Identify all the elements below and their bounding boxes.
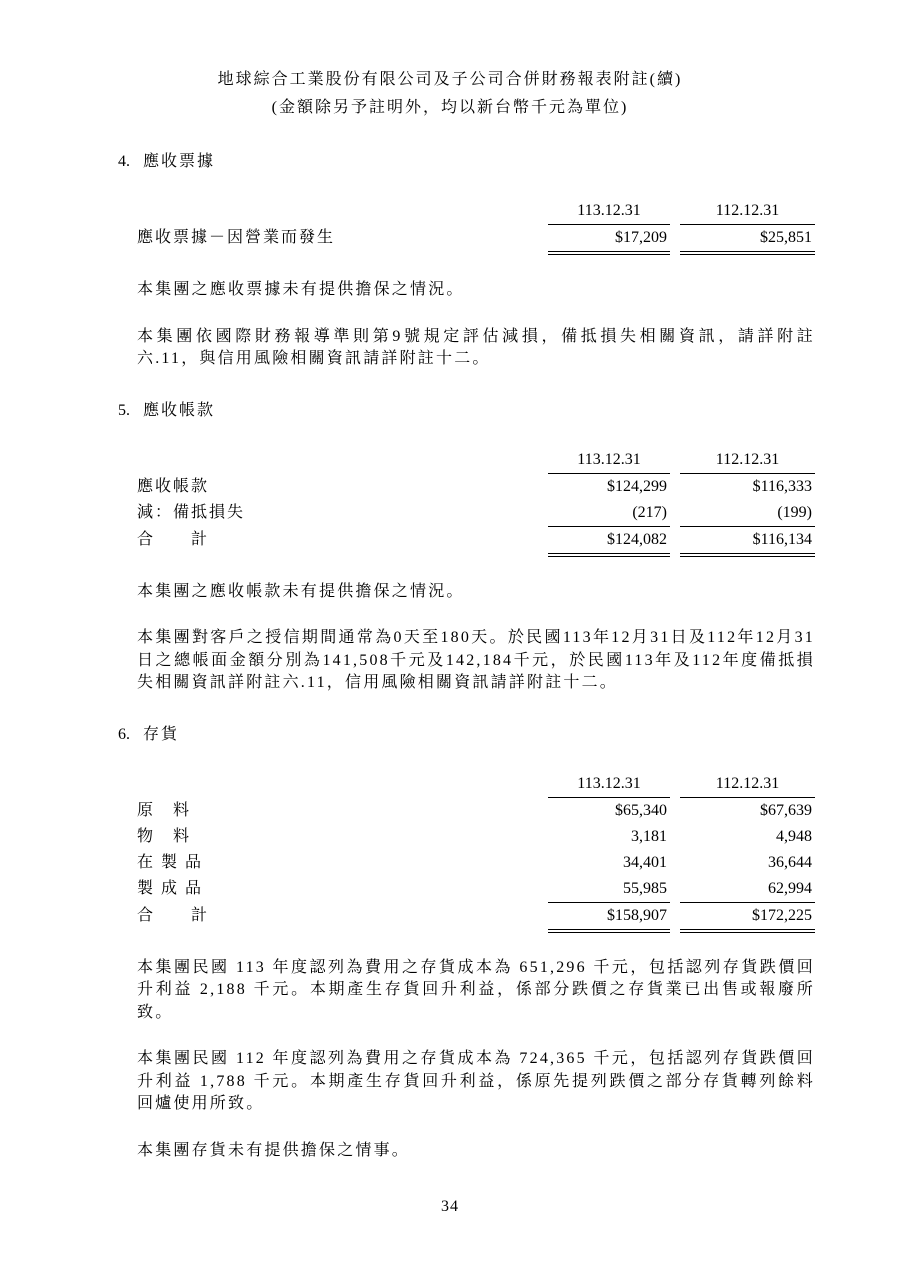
- column-header-112: 112.12.31: [680, 771, 815, 798]
- section-title: 存貨: [143, 726, 179, 743]
- table-row-label: 應收票據－因營業而發生: [137, 225, 548, 251]
- table-value: $67,639: [680, 798, 815, 824]
- document-header: 地球綜合工業股份有限公司及子公司合併財務報表附註(續) (金額除另予註明外，均以…: [0, 66, 900, 122]
- column-header-112: 112.12.31: [680, 198, 815, 225]
- table-row-label: 應收帳款: [137, 474, 548, 500]
- section-title: 應收帳款: [143, 402, 215, 419]
- table-value: $116,333: [680, 474, 815, 500]
- table-value: 4,948: [680, 824, 815, 850]
- paragraph: 本集團存貨未有提供擔保之情事。: [137, 1140, 815, 1163]
- table-row-label: 合 計: [137, 527, 548, 553]
- table-value: (217): [548, 500, 670, 527]
- section-number: 4.: [118, 150, 134, 174]
- section-number: 6.: [118, 723, 134, 747]
- section-heading: 4.應收票據: [118, 150, 815, 174]
- table-value: $124,299: [548, 474, 670, 500]
- document-subtitle: (金額除另予註明外，均以新台幣千元為單位): [0, 94, 900, 122]
- table-corner-blank: [137, 447, 548, 473]
- table-value: (199): [680, 500, 815, 527]
- table-row-label: 原 料: [137, 798, 548, 824]
- table-row-label: 製 成 品: [137, 876, 548, 902]
- notes-receivable-table: 113.12.31 112.12.31 應收票據－因營業而發生 $17,209 …: [137, 198, 815, 255]
- page-number: 34: [0, 1198, 900, 1216]
- table-value: 55,985: [548, 876, 670, 903]
- table-value: $124,082: [548, 527, 670, 557]
- paragraph: 本集團民國 112 年度認列為費用之存貨成本為 724,365 千元，包括認列存…: [137, 1048, 815, 1116]
- paragraph: 本集團之應收帳款未有提供擔保之情況。: [137, 581, 815, 604]
- table-value: $17,209: [548, 225, 670, 255]
- document-page: 地球綜合工業股份有限公司及子公司合併財務報表附註(續) (金額除另予註明外，均以…: [0, 0, 900, 1273]
- table-row-label: 合 計: [137, 903, 548, 929]
- paragraph: 本集團對客戶之授信期間通常為0天至180天。於民國113年12月31日及112年…: [137, 627, 815, 695]
- paragraph: 本集團民國 113 年度認列為費用之存貨成本為 651,296 千元，包括認列存…: [137, 957, 815, 1025]
- table-value: 62,994: [680, 876, 815, 903]
- section-notes-receivable: 4.應收票據 113.12.31 112.12.31 應收票據－因營業而發生 $…: [118, 150, 815, 371]
- table-value: 36,644: [680, 850, 815, 876]
- table-row-label: 物 料: [137, 824, 548, 850]
- inventory-table: 113.12.31 112.12.31 原 料 $65,340 $67,639 …: [137, 771, 815, 933]
- column-header-113: 113.12.31: [548, 771, 670, 798]
- column-header-113: 113.12.31: [548, 447, 670, 474]
- section-inventory: 6.存貨 113.12.31 112.12.31 原 料 $65,340 $67…: [118, 723, 815, 1163]
- paragraph: 本集團之應收票據未有提供擔保之情況。: [137, 279, 815, 302]
- table-value: $25,851: [680, 225, 815, 255]
- accounts-receivable-table: 113.12.31 112.12.31 應收帳款 $124,299 $116,3…: [137, 447, 815, 557]
- document-title: 地球綜合工業股份有限公司及子公司合併財務報表附註(續): [0, 66, 900, 94]
- column-header-113: 113.12.31: [548, 198, 670, 225]
- table-value: $172,225: [680, 903, 815, 933]
- column-header-112: 112.12.31: [680, 447, 815, 474]
- table-value: $65,340: [548, 798, 670, 824]
- table-corner-blank: [137, 198, 548, 224]
- table-row-label: 在 製 品: [137, 850, 548, 876]
- section-number: 5.: [118, 399, 134, 423]
- table-value: 34,401: [548, 850, 670, 876]
- section-accounts-receivable: 5.應收帳款 113.12.31 112.12.31 應收帳款 $124,299…: [118, 399, 815, 695]
- section-heading: 6.存貨: [118, 723, 815, 747]
- section-heading: 5.應收帳款: [118, 399, 815, 423]
- table-value: $116,134: [680, 527, 815, 557]
- paragraph: 本集團依國際財務報導準則第9號規定評估減損，備抵損失相關資訊，請詳附註六.11，…: [137, 326, 815, 371]
- table-value: $158,907: [548, 903, 670, 933]
- table-value: 3,181: [548, 824, 670, 850]
- section-title: 應收票據: [143, 153, 215, 170]
- table-row-label: 減：備抵損失: [137, 500, 548, 526]
- table-corner-blank: [137, 771, 548, 797]
